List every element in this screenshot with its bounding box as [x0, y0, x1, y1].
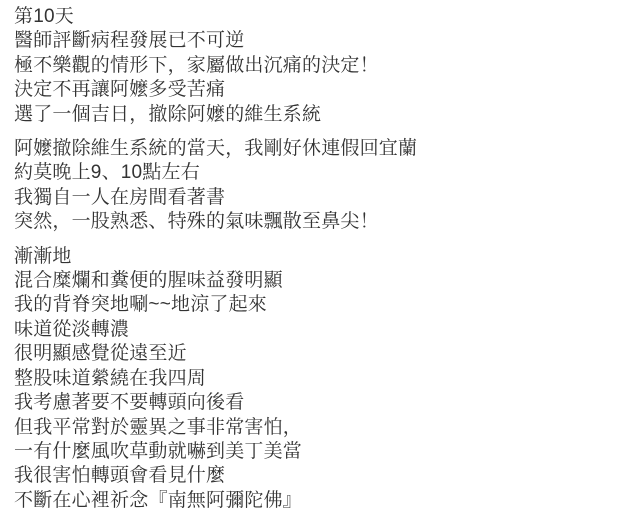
text-line: 我的背脊突地唰~~地涼了起來 [14, 293, 614, 317]
text-line: 一有什麼風吹草動就嚇到美丁美當 [14, 440, 614, 464]
text-line: 突然，一股熟悉、特殊的氣味飄散至鼻尖！ [14, 210, 614, 234]
text-line: 決定不再讓阿嬤多受苦痛 [14, 78, 614, 102]
text-line: 我很害怕轉頭會看見什麼 [14, 464, 614, 488]
paragraph-1: 第10天 醫師評斷病程發展已不可逆 極不樂觀的情形下，家屬做出沉痛的決定！ 決定… [14, 5, 614, 127]
text-line: 整股味道縈繞在我四周 [14, 367, 614, 391]
text-line: 很明顯感覺從遠至近 [14, 342, 614, 366]
paragraph-3: 漸漸地 混合糜爛和糞便的腥味益發明顯 我的背脊突地唰~~地涼了起來 味道從淡轉濃… [14, 245, 614, 513]
text-line: 選了一個吉日，撤除阿嬤的維生系統 [14, 103, 614, 127]
text-line: 極不樂觀的情形下，家屬做出沉痛的決定！ [14, 54, 614, 78]
text-line: 但我平常對於靈異之事非常害怕， [14, 416, 614, 440]
text-line: 我考慮著要不要轉頭向後看 [14, 391, 614, 415]
text-line: 我獨自一人在房間看著書 [14, 186, 614, 210]
text-line: 阿嬤撤除維生系統的當天，我剛好休連假回宜蘭 [14, 137, 614, 161]
text-line: 混合糜爛和糞便的腥味益發明顯 [14, 269, 614, 293]
text-line: 醫師評斷病程發展已不可逆 [14, 29, 614, 53]
text-line: 約莫晚上9、10點左右 [14, 161, 614, 185]
story-text-block: 第10天 醫師評斷病程發展已不可逆 極不樂觀的情形下，家屬做出沉痛的決定！ 決定… [0, 0, 624, 513]
text-line: 第10天 [14, 5, 614, 29]
text-line: 味道從淡轉濃 [14, 318, 614, 342]
text-line: 漸漸地 [14, 245, 614, 269]
paragraph-2: 阿嬤撤除維生系統的當天，我剛好休連假回宜蘭 約莫晚上9、10點左右 我獨自一人在… [14, 137, 614, 235]
text-line: 不斷在心裡祈念『南無阿彌陀佛』 [14, 489, 614, 513]
